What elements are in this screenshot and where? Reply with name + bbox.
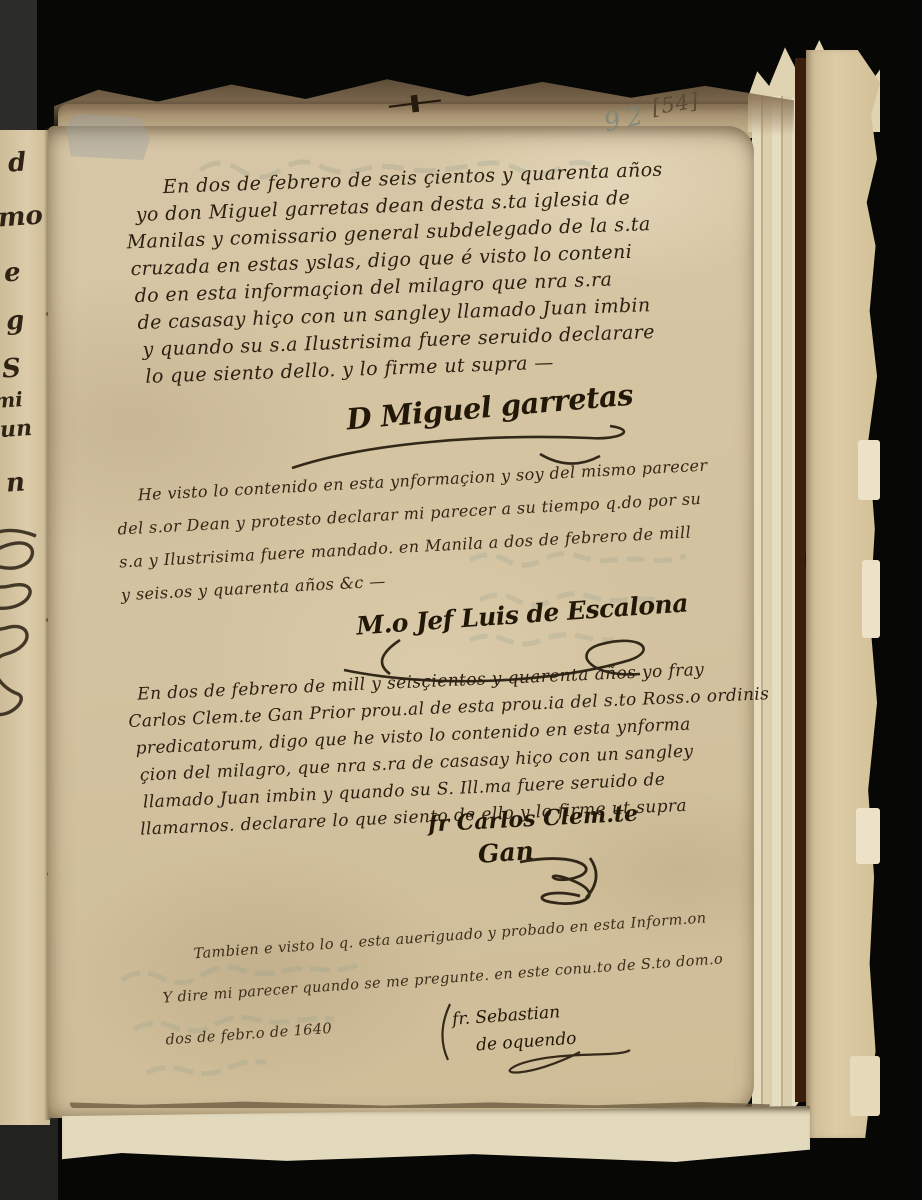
margin-text-fragment: un (0, 415, 33, 443)
signature-flourish (430, 1000, 650, 1080)
margin-text-fragment: n (5, 467, 26, 498)
paper-scrap (856, 808, 880, 864)
signature-rubric (510, 852, 620, 912)
attestation-dean: En dos de febrero de seis çientos y quar… (122, 157, 669, 392)
margin-text-fragment: g (5, 305, 25, 336)
margin-text-fragment: mo (0, 200, 44, 233)
paper-scrap (858, 440, 880, 500)
margin-text-fragment: mi (0, 387, 24, 413)
manuscript-scan: d mo e g S mi un n + 92 [54] (0, 0, 922, 1200)
margin-text-fragment: S (1, 353, 22, 384)
paper-scrap (850, 1056, 880, 1116)
previous-page-edge: d mo e g S mi un n (0, 130, 50, 1125)
margin-text-fragment: e (3, 257, 22, 288)
margin-text-fragment: d (7, 147, 27, 178)
margin-flourish (0, 516, 50, 736)
paper-scrap (862, 560, 880, 638)
translucent-tape (66, 114, 150, 160)
page-edges-stack-right (752, 96, 800, 1110)
